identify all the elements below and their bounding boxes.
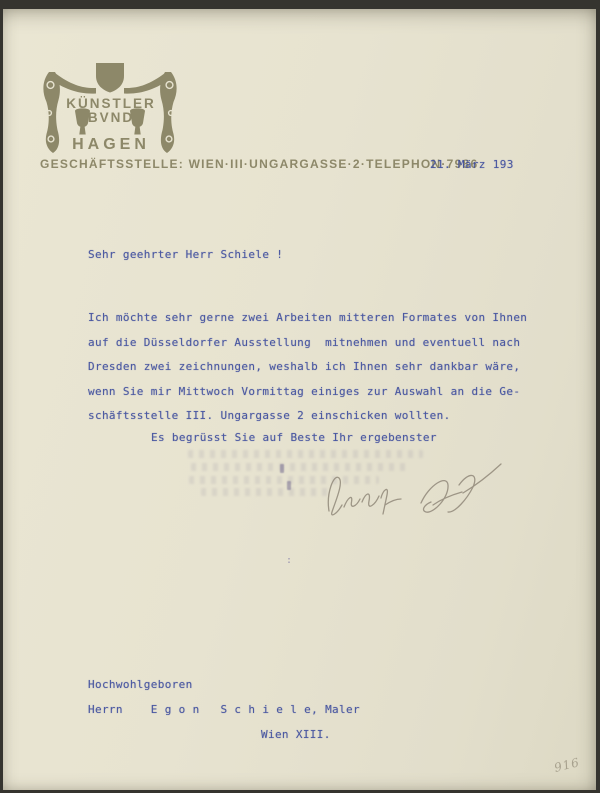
logo-text-bund: BVND xyxy=(88,110,134,125)
ink-showthrough xyxy=(201,488,331,496)
logo-text-kunstler: KÜNSTLER xyxy=(66,96,156,111)
handwritten-signature xyxy=(321,461,506,523)
salutation-line: Sehr geehrter Herr Schiele ! xyxy=(88,248,283,261)
letter-page: KÜNSTLER BVND HAGEN GESCHÄFTSSTELLE: WIE… xyxy=(3,9,596,790)
stray-ink-mark: : xyxy=(286,555,292,566)
logo-text-hagen: HAGEN xyxy=(72,136,150,153)
ink-showthrough-mark xyxy=(287,481,291,490)
body-line: schäftsstelle III. Ungargasse 2 einschic… xyxy=(88,409,451,422)
ink-showthrough xyxy=(188,450,423,458)
recipient-name: Herrn E g o n S c h i e l e, Maler xyxy=(88,703,360,716)
scan-background: KÜNSTLER BVND HAGEN GESCHÄFTSSTELLE: WIE… xyxy=(0,0,600,793)
kunstlerbund-hagen-logo: KÜNSTLER BVND HAGEN xyxy=(35,62,185,157)
body-line: auf die Düsseldorfer Ausstellung mitnehm… xyxy=(88,336,520,349)
body-line: Ich möchte sehr gerne zwei Arbeiten mitt… xyxy=(88,311,527,324)
body-line: Dresden zwei zeichnungen, weshalb ich Ih… xyxy=(88,360,520,373)
recipient-city: Wien XIII. xyxy=(261,728,331,741)
body-line: wenn Sie mir Mittwoch Vormittag einiges … xyxy=(88,385,520,398)
archive-number-annotation: 916 xyxy=(553,755,582,775)
typed-date: 21. März 193 xyxy=(430,158,514,171)
recipient-honorific: Hochwohlgeboren xyxy=(88,678,193,691)
letterhead-address: GESCHÄFTSSTELLE: WIEN·III·UNGARGASSE·2·T… xyxy=(40,157,478,171)
ink-showthrough-mark xyxy=(280,464,284,473)
closing-line: Es begrüsst Sie auf Beste Ihr ergebenste… xyxy=(151,431,437,444)
